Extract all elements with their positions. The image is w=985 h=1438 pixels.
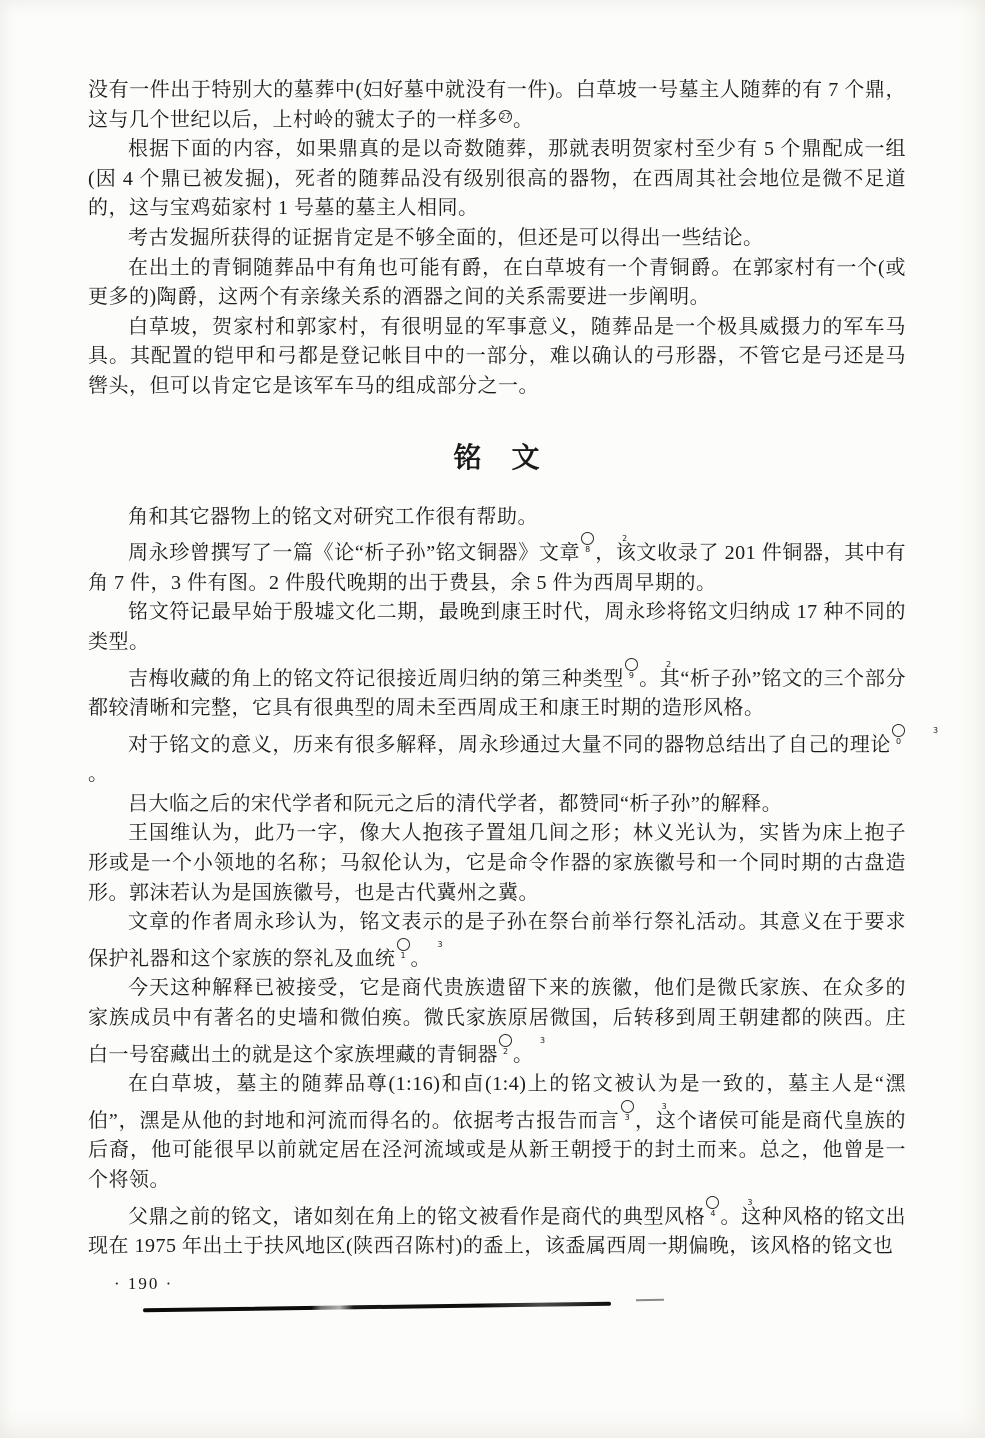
footnote-marker: 29 <box>625 658 638 671</box>
footnote-marker: 34 <box>706 1196 719 1209</box>
footnote-marker: 27 <box>499 110 512 123</box>
scan-artifact-dash <box>636 1299 664 1301</box>
paragraph: 吕大临之后的宋代学者和阮元之后的清代学者，都赞同“析子孙”的解释。 <box>88 790 906 820</box>
paragraph: 白草坡，贺家村和郭家村，有很明显的军事意义，随葬品是一个极具威摄力的军车马具。其… <box>88 313 906 402</box>
section-pre-heading: 没有一件出于特别大的墓葬中(妇好墓中就没有一件)。白草坡一号墓主人随葬的有 7 … <box>88 76 906 402</box>
paragraph: 吉梅收藏的角上的铭文符记很接近周归纳的第三种类型29。其“析子孙”铭文的三个部分… <box>88 658 906 724</box>
paragraph: 今天这种解释已被接受，它是商代贵族遗留下来的族徽，他们是微氏家族、在众多的家族成… <box>88 974 906 1070</box>
paragraph: 铭文符记最早始于殷墟文化二期，最晚到康王时代，周永珍将铭文归纳成 17 种不同的… <box>88 598 906 657</box>
paragraph: 王国维认为，此乃一字，像大人抱孩子置俎几间之形；林义光认为，实皆为床上抱子形或是… <box>88 819 906 908</box>
paragraph: 在白草坡，墓主的随葬品尊(1:16)和卣(1:4)上的铭文被认为是一致的，墓主人… <box>88 1070 906 1195</box>
paragraph: 没有一件出于特别大的墓葬中(妇好墓中就没有一件)。白草坡一号墓主人随葬的有 7 … <box>88 76 906 135</box>
text-column: 没有一件出于特别大的墓葬中(妇好墓中就没有一件)。白草坡一号墓主人随葬的有 7 … <box>88 76 906 1294</box>
paragraph: 周永珍曾撰写了一篇《论“析子孙”铭文铜器》文章28，该文收录了 201 件铜器，… <box>88 532 906 598</box>
paragraph: 在出土的青铜随葬品中有角也可能有爵，在白草坡有一个青铜爵。在郭家村有一个(或更多… <box>88 254 906 313</box>
footnote-marker: 33 <box>621 1100 634 1113</box>
section-inscriptions: 角和其它器物上的铭文对研究工作很有帮助。周永珍曾撰写了一篇《论“析子孙”铭文铜器… <box>88 503 906 1262</box>
paragraph: 角和其它器物上的铭文对研究工作很有帮助。 <box>88 503 906 533</box>
paragraph: 根据下面的内容，如果鼎真的是以奇数随葬，那就表明贺家村至少有 5 个鼎配成一组(… <box>88 135 906 224</box>
footnote-marker: 31 <box>397 938 410 951</box>
page-number: · 190 · <box>88 1274 906 1294</box>
footnote-marker: 30 <box>892 724 905 737</box>
paragraph: 文章的作者周永珍认为，铭文表示的是子孙在祭台前举行祭礼活动。其意义在于要求保护礼… <box>88 908 906 974</box>
section-heading: 铭 文 <box>88 436 906 476</box>
scan-artifact-line <box>143 1302 611 1312</box>
paragraph: 父鼎之前的铭文，诸如刻在角上的铭文被看作是商代的典型风格34。这种风格的铭文出现… <box>88 1196 906 1262</box>
paragraph: 对于铭文的意义，历来有很多解释，周永珍通过大量不同的器物总结出了自己的理论30。 <box>88 724 906 790</box>
scanned-page: 没有一件出于特别大的墓葬中(妇好墓中就没有一件)。白草坡一号墓主人随葬的有 7 … <box>0 0 985 1438</box>
footnote-marker: 28 <box>581 532 594 545</box>
footnote-marker: 32 <box>499 1034 512 1047</box>
paragraph: 考古发掘所获得的证据肯定是不够全面的，但还是可以得出一些结论。 <box>88 224 906 254</box>
